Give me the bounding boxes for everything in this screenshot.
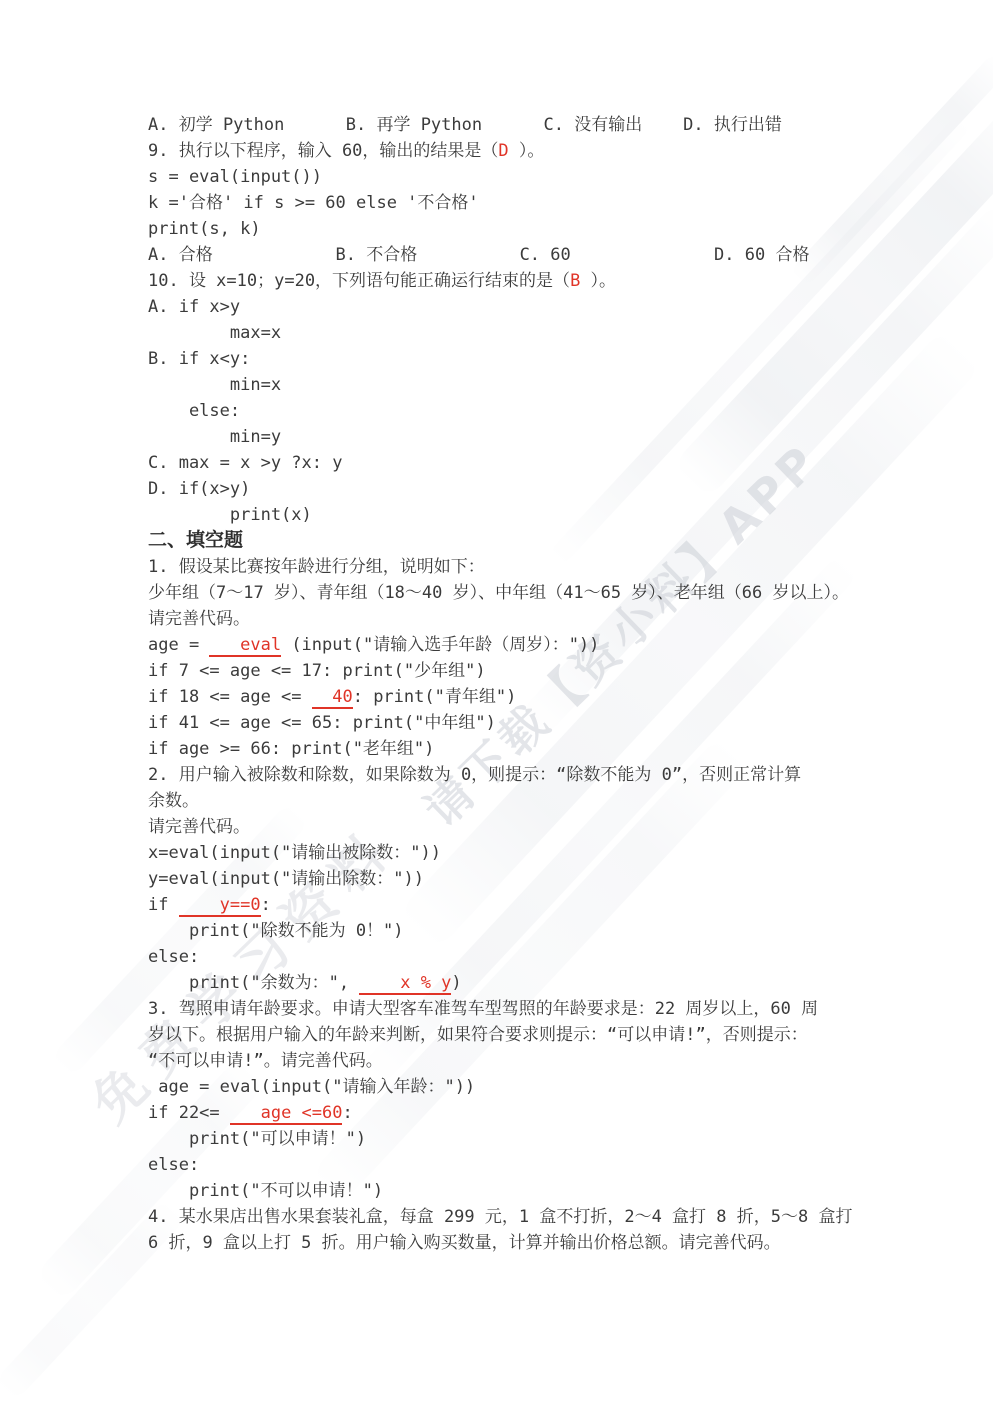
text-segment: age = eval(input("请输入年龄：")): [148, 1077, 475, 1097]
document-lines: A. 初学 Python B. 再学 Python C. 没有输出 D. 执行出…: [148, 112, 852, 1256]
text-segment: 余数。: [148, 791, 199, 811]
text-segment: min=y: [148, 427, 281, 447]
text-line: 3. 驾照申请年龄要求。申请大型客车准驾车型驾照的年龄要求是：22 周岁以上，6…: [148, 996, 852, 1022]
text-segment: A. 初学 Python B. 再学 Python C. 没有输出 D. 执行出…: [148, 115, 782, 135]
text-segment: print("不可以申请！"): [148, 1181, 383, 1201]
text-line: 少年组（7～17 岁）、青年组（18～40 岁）、中年组（41～65 岁）、老年…: [148, 580, 852, 606]
text-segment: print("除数不能为 0！"): [148, 921, 404, 941]
text-segment: y=eval(input("请输出除数：")): [148, 869, 424, 889]
text-segment: 1. 假设某比赛按年龄进行分组，说明如下：: [148, 557, 485, 577]
text-line: 4. 某水果店出售水果套装礼盒，每盒 299 元，1 盒不打折，2～4 盒打 8…: [148, 1204, 852, 1230]
text-line: A. 初学 Python B. 再学 Python C. 没有输出 D. 执行出…: [148, 112, 852, 138]
text-line: 余数。: [148, 788, 852, 814]
text-segment: (input("请输入选手年龄（周岁）：")): [281, 635, 599, 655]
text-line: k ='合格' if s >= 60 else '不合格': [148, 190, 852, 216]
text-segment: else:: [148, 1155, 199, 1175]
text-segment: ）。: [580, 271, 616, 291]
text-line: 9. 执行以下程序，输入 60，输出的结果是（D ）。: [148, 138, 852, 164]
text-line: print("可以申请！"): [148, 1126, 852, 1152]
text-line: if 41 <= age <= 65: print("中年组"): [148, 710, 852, 736]
text-segment: :: [342, 1103, 352, 1123]
text-line: print("除数不能为 0！"): [148, 918, 852, 944]
text-segment: C. max = x >y ?x: y: [148, 453, 342, 473]
text-segment: 3. 驾照申请年龄要求。申请大型客车准驾车型驾照的年龄要求是：22 周岁以上，6…: [148, 999, 818, 1019]
text-segment: age =: [148, 635, 209, 655]
text-segment: D. if(x>y): [148, 479, 250, 499]
text-line: age = eval(input("请输入年龄：")): [148, 1074, 852, 1100]
text-segment: print(x): [148, 505, 312, 525]
text-line: min=x: [148, 372, 852, 398]
text-segment: else:: [148, 947, 199, 967]
text-segment: if 22<=: [148, 1103, 230, 1123]
text-line: else:: [148, 944, 852, 970]
text-segment: if 7 <= age <= 17: print("少年组"): [148, 661, 486, 681]
text-segment: 2. 用户输入被除数和除数，如果除数为 0，则提示：“除数不能为 0”，否则正常…: [148, 765, 801, 785]
text-line: 岁以下。根据用户输入的年龄来判断，如果符合要求则提示：“可以申请!”，否则提示：: [148, 1022, 852, 1048]
text-segment: ): [451, 973, 461, 993]
answer-blank: x % y: [359, 973, 451, 995]
text-line: if 7 <= age <= 17: print("少年组"): [148, 658, 852, 684]
text-line: age = eval (input("请输入选手年龄（周岁）：")): [148, 632, 852, 658]
answer-blank: age <=60: [230, 1103, 343, 1125]
text-line: if age >= 66: print("老年组"): [148, 736, 852, 762]
text-segment: if 18 <= age <=: [148, 687, 312, 707]
text-segment: 少年组（7～17 岁）、青年组（18～40 岁）、中年组（41～65 岁）、老年…: [148, 583, 849, 603]
text-segment: if 41 <= age <= 65: print("中年组"): [148, 713, 496, 733]
text-segment: 6 折，9 盒以上打 5 折。用户输入购买数量，计算并输出价格总额。请完善代码。: [148, 1233, 781, 1253]
text-line: print("余数为：", x % y): [148, 970, 852, 996]
text-segment: print("余数为：",: [148, 973, 359, 993]
text-line: A. if x>y: [148, 294, 852, 320]
text-line: D. if(x>y): [148, 476, 852, 502]
text-line: 2. 用户输入被除数和除数，如果除数为 0，则提示：“除数不能为 0”，否则正常…: [148, 762, 852, 788]
text-segment: else:: [148, 401, 240, 421]
text-segment: if: [148, 895, 179, 915]
text-line: 1. 假设某比赛按年龄进行分组，说明如下：: [148, 554, 852, 580]
answer-blank: eval: [209, 635, 281, 657]
scanned-document-page: 免费学习资料 请下载【资小料】APP A. 初学 Python B. 再学 Py…: [0, 0, 993, 1404]
text-segment: 10. 设 x=10；y=20，下列语句能正确运行结束的是（: [148, 271, 570, 291]
text-segment: : print("青年组"): [353, 687, 517, 707]
text-line: 请完善代码。: [148, 814, 852, 840]
text-line: if 22<= age <=60:: [148, 1100, 852, 1126]
text-segment: A. 合格 B. 不合格 C. 60 D. 60 合格: [148, 245, 809, 265]
text-segment: s = eval(input()): [148, 167, 322, 187]
answer-blank: y==0: [179, 895, 261, 917]
text-line: print("不可以申请！"): [148, 1178, 852, 1204]
text-segment: 请完善代码。: [148, 817, 250, 837]
answer-letter: D: [498, 141, 508, 161]
text-line: if y==0:: [148, 892, 852, 918]
text-segment: B. if x<y:: [148, 349, 250, 369]
text-line: max=x: [148, 320, 852, 346]
text-segment: max=x: [148, 323, 281, 343]
text-segment: 岁以下。根据用户输入的年龄来判断，如果符合要求则提示：“可以申请!”，否则提示：: [148, 1025, 808, 1045]
text-segment: A. if x>y: [148, 297, 240, 317]
text-segment: 9. 执行以下程序，输入 60，输出的结果是（: [148, 141, 498, 161]
text-segment: print(s, k): [148, 219, 261, 239]
text-line: y=eval(input("请输出除数：")): [148, 866, 852, 892]
answer-letter: B: [570, 271, 580, 291]
text-line: else:: [148, 398, 852, 424]
text-line: x=eval(input("请输出被除数：")): [148, 840, 852, 866]
text-line: print(x): [148, 502, 852, 528]
text-segment: 请完善代码。: [148, 609, 250, 629]
text-line: print(s, k): [148, 216, 852, 242]
text-segment: “不可以申请!”。请完善代码。: [148, 1051, 383, 1071]
text-segment: print("可以申请！"): [148, 1129, 366, 1149]
text-segment: 4. 某水果店出售水果套装礼盒，每盒 299 元，1 盒不打折，2～4 盒打 8…: [148, 1207, 852, 1227]
text-line: B. if x<y:: [148, 346, 852, 372]
text-line: C. max = x >y ?x: y: [148, 450, 852, 476]
text-segment: min=x: [148, 375, 281, 395]
text-line: if 18 <= age <= 40: print("青年组"): [148, 684, 852, 710]
text-line: else:: [148, 1152, 852, 1178]
text-line: s = eval(input()): [148, 164, 852, 190]
text-segment: :: [261, 895, 271, 915]
answer-blank: 40: [312, 687, 353, 709]
text-segment: if age >= 66: print("老年组"): [148, 739, 434, 759]
text-segment: k ='合格' if s >= 60 else '不合格': [148, 193, 479, 213]
section-heading: 二、填空题: [148, 528, 852, 554]
text-segment: x=eval(input("请输出被除数：")): [148, 843, 441, 863]
text-line: 请完善代码。: [148, 606, 852, 632]
text-segment: ）。: [509, 141, 545, 161]
text-line: 6 折，9 盒以上打 5 折。用户输入购买数量，计算并输出价格总额。请完善代码。: [148, 1230, 852, 1256]
text-line: 10. 设 x=10；y=20，下列语句能正确运行结束的是（B ）。: [148, 268, 852, 294]
text-line: A. 合格 B. 不合格 C. 60 D. 60 合格: [148, 242, 852, 268]
text-line: “不可以申请!”。请完善代码。: [148, 1048, 852, 1074]
text-line: min=y: [148, 424, 852, 450]
text-segment: 二、填空题: [148, 530, 243, 551]
